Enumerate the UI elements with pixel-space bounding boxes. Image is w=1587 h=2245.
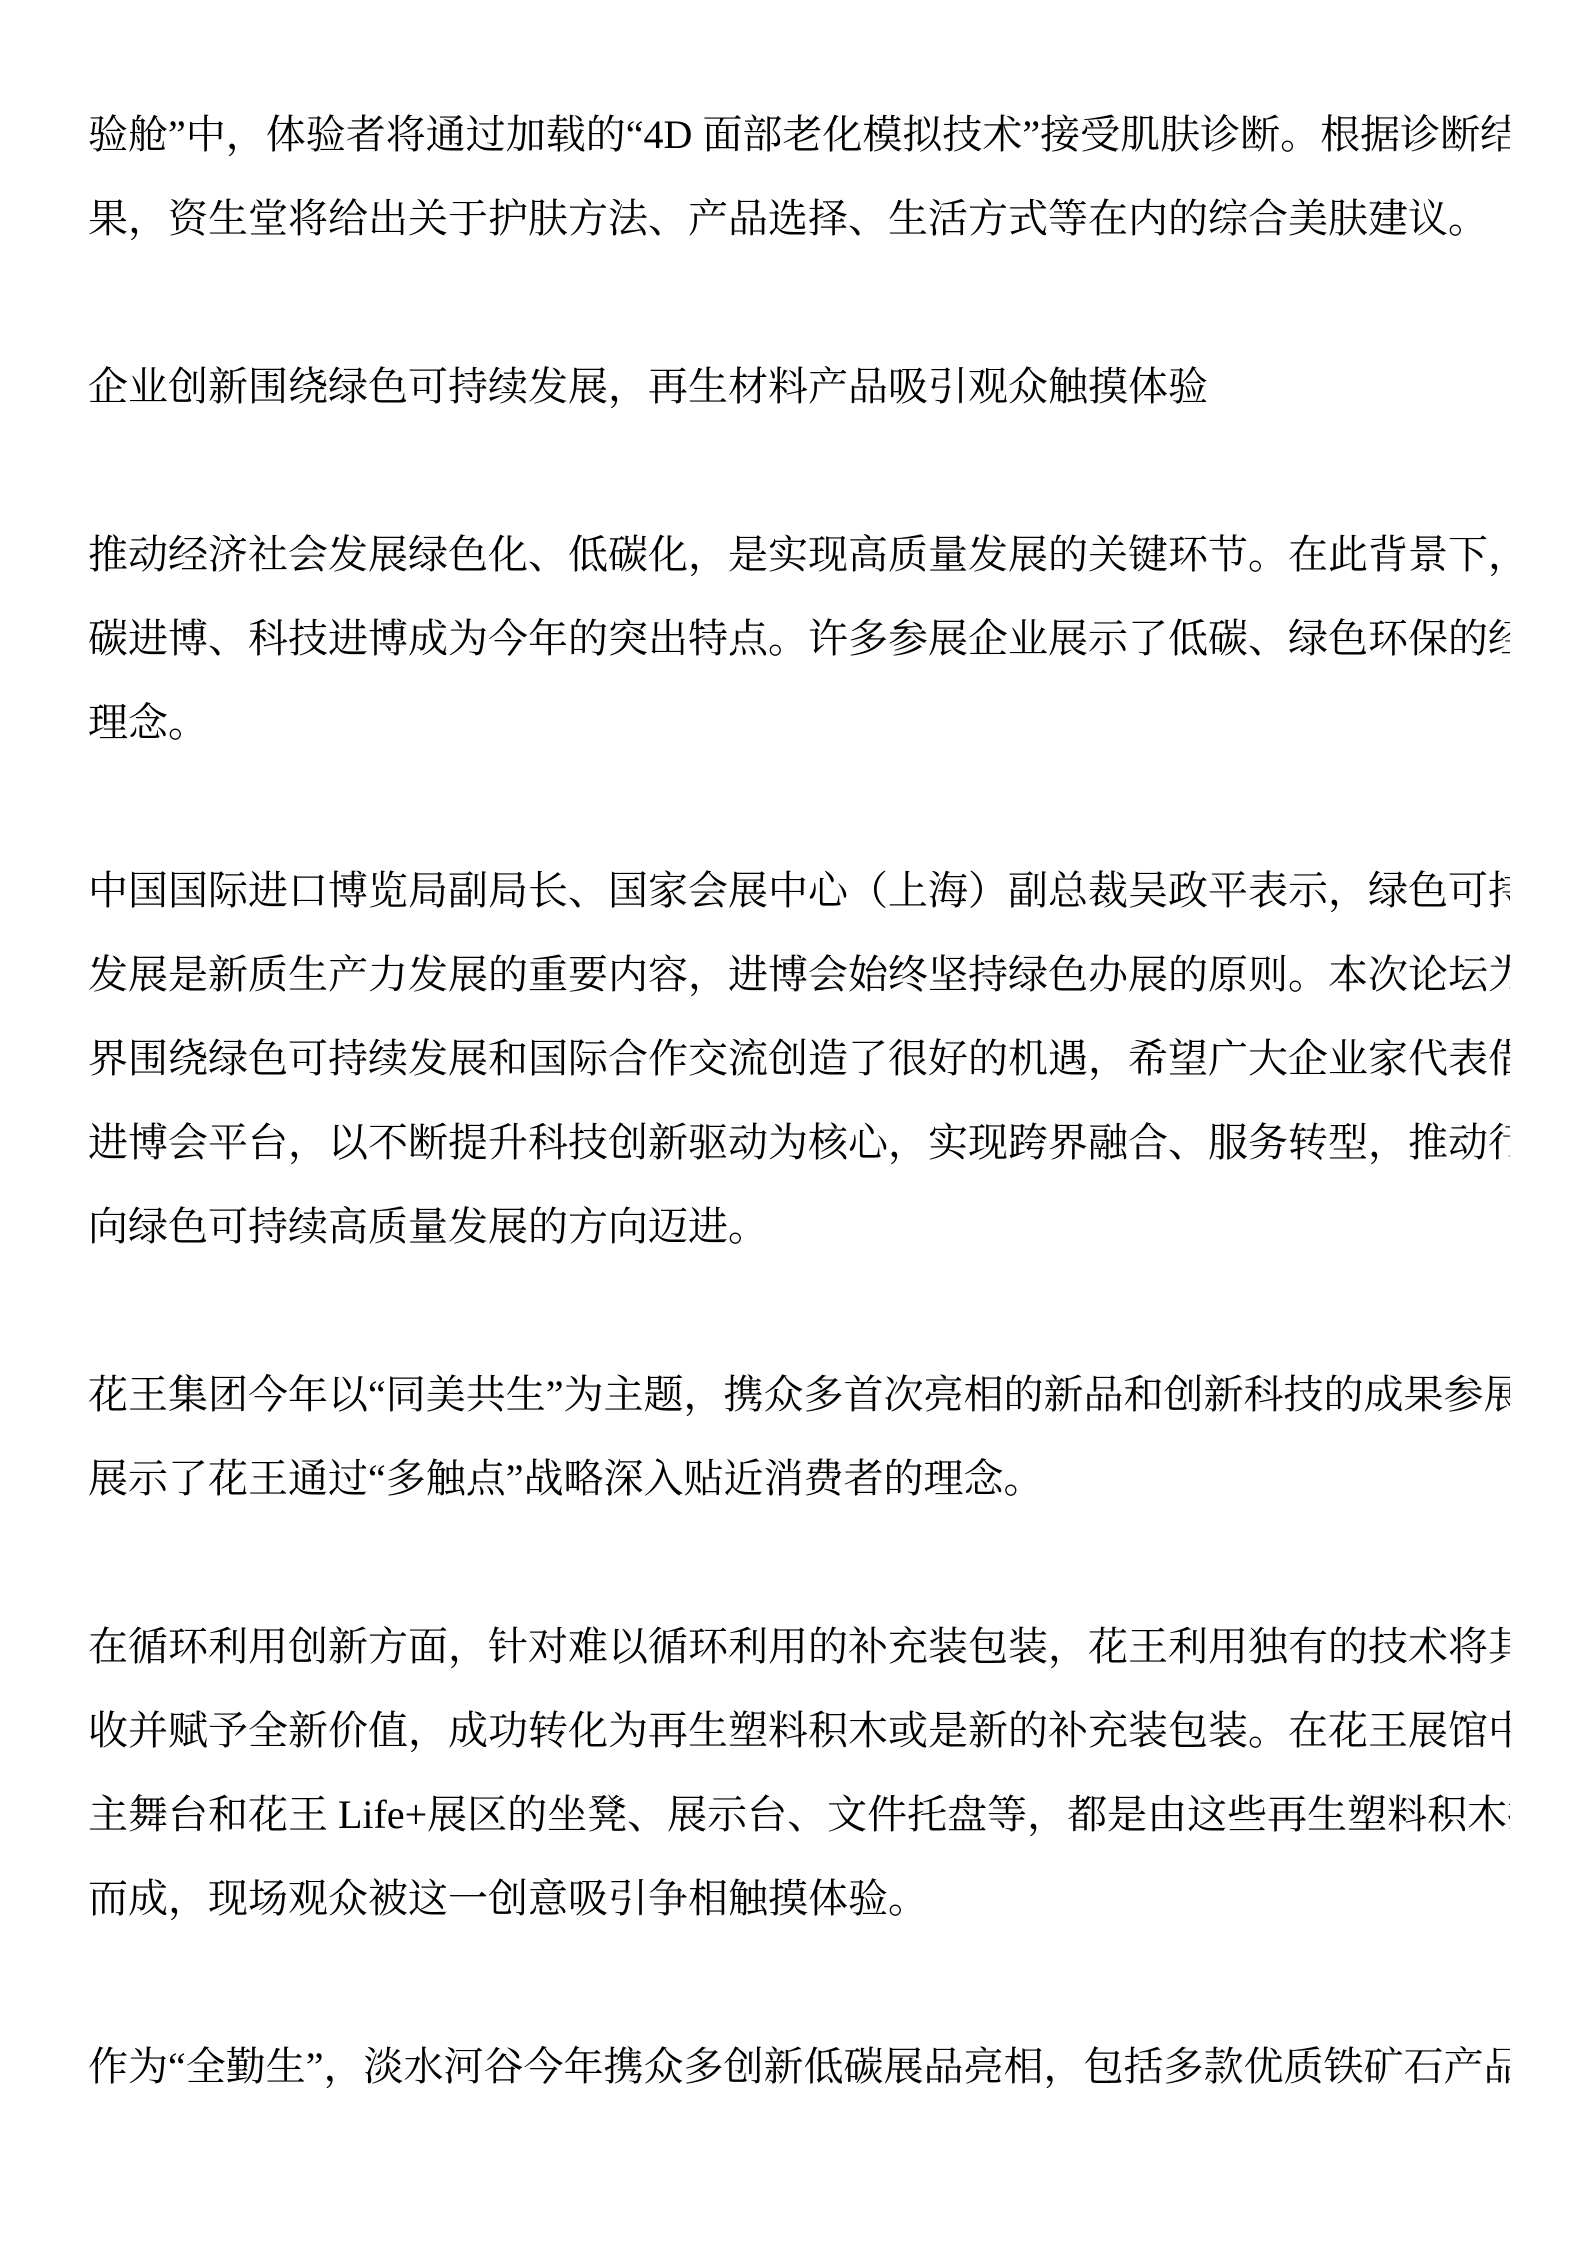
paragraph-vale: 作为“全勤生”，淡水河谷今年携众多创新低碳展品亮相，包括多款优质铁矿石产品和 bbox=[88, 2025, 1510, 2109]
text-line: 作为“全勤生”，淡水河谷今年携众多创新低碳展品亮相，包括多款优质铁矿石产品和 bbox=[88, 2025, 1510, 2109]
text-line: 理念。 bbox=[88, 681, 1510, 765]
paragraph-continuation: 验舱”中，体验者将通过加载的“4D 面部老化模拟技术”接受肌肤诊断。根据诊断结 … bbox=[88, 93, 1510, 261]
text-line: 主舞台和花王 Life+展区的坐凳、展示台、文件托盘等，都是由这些再生塑料积木打… bbox=[88, 1773, 1510, 1857]
text-line: 收并赋予全新价值，成功转化为再生塑料积木或是新的补充装包装。在花王展馆中， bbox=[88, 1689, 1510, 1773]
text-line: 碳进博、科技进博成为今年的突出特点。许多参展企业展示了低碳、绿色环保的经营 bbox=[88, 597, 1510, 681]
document-page: 验舱”中，体验者将通过加载的“4D 面部老化模拟技术”接受肌肤诊断。根据诊断结 … bbox=[0, 0, 1587, 2245]
text-line: 界围绕绿色可持续发展和国际合作交流创造了很好的机遇，希望广大企业家代表借助 bbox=[88, 1017, 1510, 1101]
text-line: 花王集团今年以“同美共生”为主题，携众多首次亮相的新品和创新科技的成果参展， bbox=[88, 1353, 1510, 1437]
heading-line: 企业创新围绕绿色可持续发展，再生材料产品吸引观众触摸体验 bbox=[88, 345, 1510, 429]
paragraph-ciie-official: 中国国际进口博览局副局长、国家会展中心（上海）副总裁吴政平表示，绿色可持续 发展… bbox=[88, 849, 1510, 1269]
text-line: 在循环利用创新方面，针对难以循环利用的补充装包装，花王利用独有的技术将其回 bbox=[88, 1605, 1510, 1689]
text-line: 推动经济社会发展绿色化、低碳化，是实现高质量发展的关键环节。在此背景下，低 bbox=[88, 513, 1510, 597]
paragraph-green-development: 推动经济社会发展绿色化、低碳化，是实现高质量发展的关键环节。在此背景下，低 碳进… bbox=[88, 513, 1510, 765]
text-line: 进博会平台，以不断提升科技创新驱动为核心，实现跨界融合、服务转型，推动行业 bbox=[88, 1101, 1510, 1185]
text-line: 而成，现场观众被这一创意吸引争相触摸体验。 bbox=[88, 1857, 1510, 1941]
text-line: 验舱”中，体验者将通过加载的“4D 面部老化模拟技术”接受肌肤诊断。根据诊断结 bbox=[88, 93, 1510, 177]
paragraph-kao-recycling: 在循环利用创新方面，针对难以循环利用的补充装包装，花王利用独有的技术将其回 收并… bbox=[88, 1605, 1510, 1941]
text-line: 果，资生堂将给出关于护肤方法、产品选择、生活方式等在内的综合美肤建议。 bbox=[88, 177, 1510, 261]
section-heading: 企业创新围绕绿色可持续发展，再生材料产品吸引观众触摸体验 bbox=[88, 345, 1510, 429]
text-line: 展示了花王通过“多触点”战略深入贴近消费者的理念。 bbox=[88, 1437, 1510, 1521]
text-line: 向绿色可持续高质量发展的方向迈进。 bbox=[88, 1185, 1510, 1269]
paragraph-kao-theme: 花王集团今年以“同美共生”为主题，携众多首次亮相的新品和创新科技的成果参展， 展… bbox=[88, 1353, 1510, 1521]
text-line: 中国国际进口博览局副局长、国家会展中心（上海）副总裁吴政平表示，绿色可持续 bbox=[88, 849, 1510, 933]
text-line: 发展是新质生产力发展的重要内容，进博会始终坚持绿色办展的原则。本次论坛为各 bbox=[88, 933, 1510, 1017]
